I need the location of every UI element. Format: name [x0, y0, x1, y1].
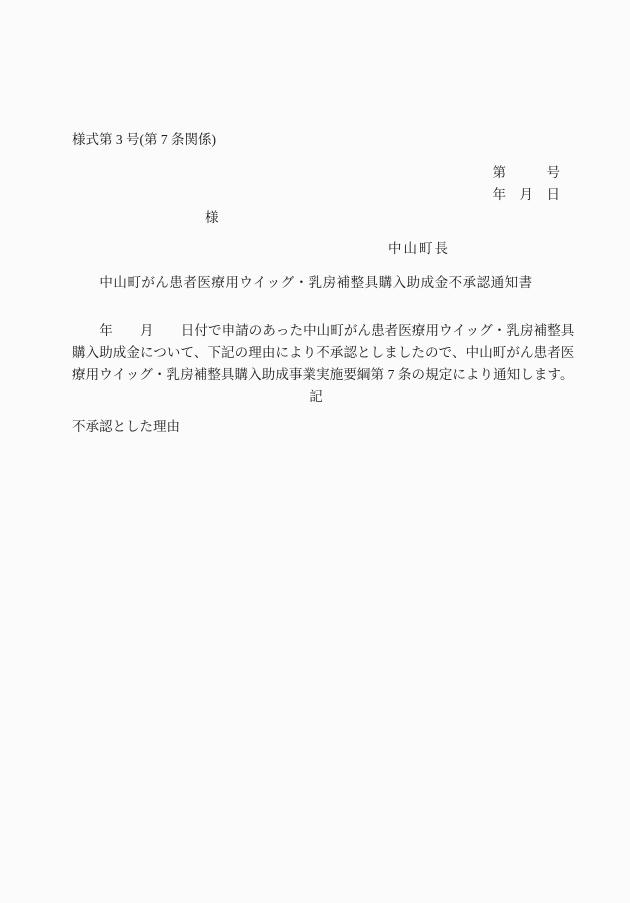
document-title: 中山町がん患者医療用ウイッグ・乳房補整具購入助成金不承認通知書 [72, 272, 560, 294]
document-number-line: 第 号 [72, 162, 560, 184]
form-number-line: 様式第 3 号(第 7 条関係) [72, 129, 560, 151]
document-page: 様式第 3 号(第 7 条関係) 第 号 年 月 日 様 中山町長 中山町がん患… [0, 0, 630, 903]
body-line-2: 購入助成金について、下記の理由により不承認としましたので、中山町がん患者医 [72, 342, 560, 364]
record-marker: 記 [72, 386, 560, 408]
addressee-line: 様 [72, 207, 560, 229]
addressee-honorific: 様 [205, 210, 219, 225]
body-paragraph: 年 月 日付で申請のあった中山町がん患者医療用ウイッグ・乳房補整具 購入助成金に… [72, 320, 560, 386]
date-line: 年 月 日 [72, 184, 560, 206]
sender-title: 中山町長 [388, 241, 450, 256]
body-line-3: 療用ウイッグ・乳房補整具購入助成事業実施要綱第 7 条の規定により通知します。 [72, 364, 560, 386]
rejection-reason-label: 不承認とした理由 [72, 416, 560, 438]
body-line-1: 年 月 日付で申請のあった中山町がん患者医療用ウイッグ・乳房補整具 [72, 320, 560, 342]
sender-line: 中山町長 [72, 238, 560, 260]
